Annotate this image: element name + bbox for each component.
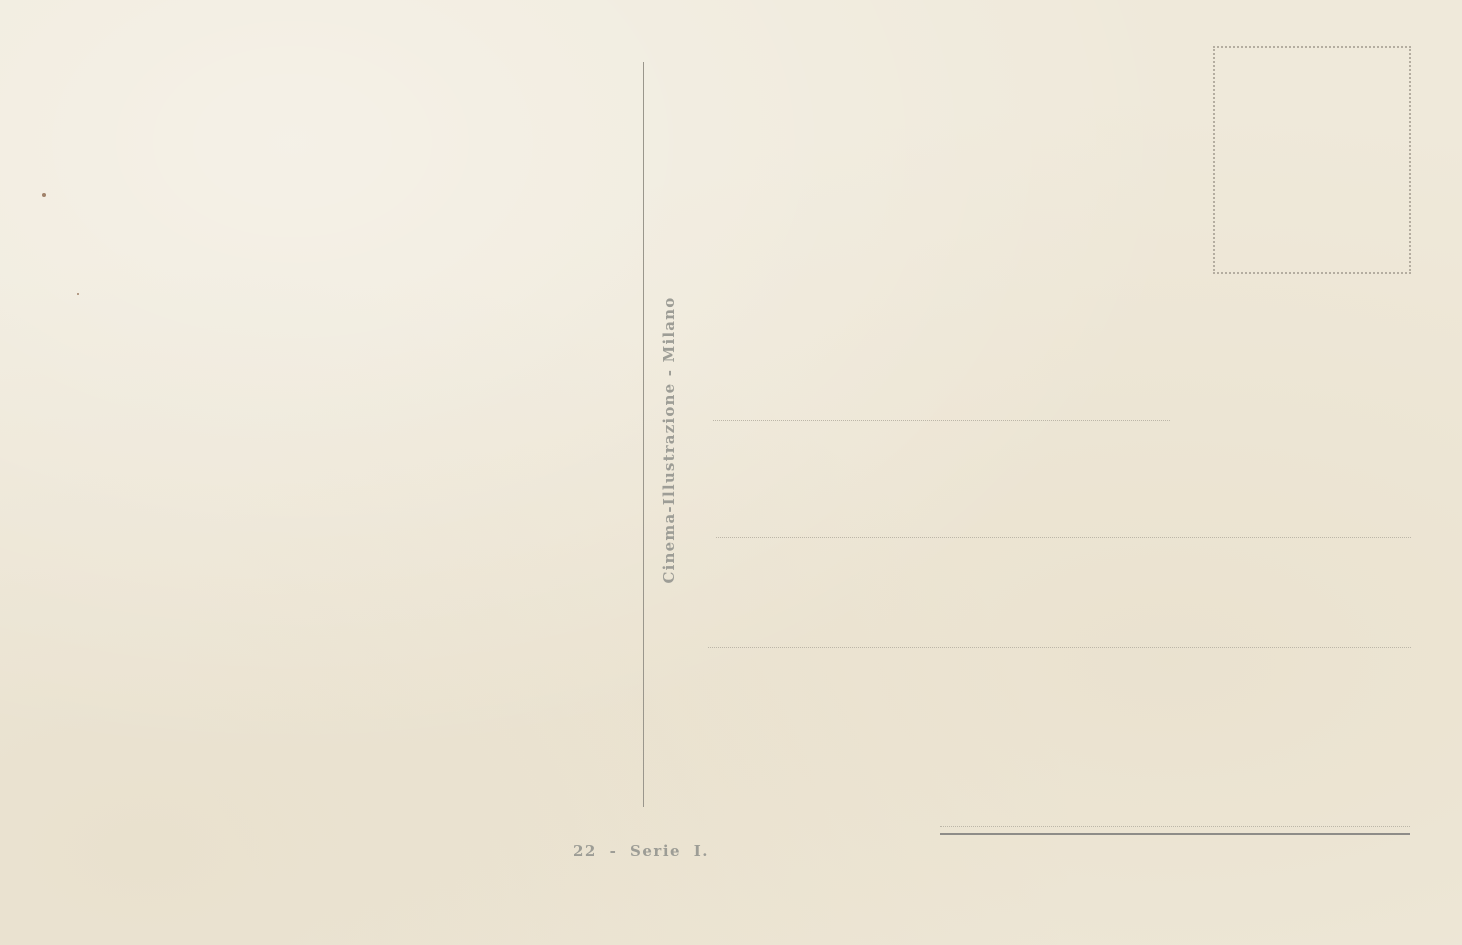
address-line-2 [716, 537, 1411, 538]
bottom-solid-rule [940, 833, 1410, 835]
publisher-imprint: Cinema-Illustrazione - Milano [660, 297, 678, 584]
address-line-4 [940, 826, 1410, 827]
stamp-placement-box [1213, 46, 1411, 274]
center-divider-line [643, 62, 644, 807]
paper-speck [42, 193, 46, 197]
paper-speck [77, 293, 79, 295]
postcard-back: Cinema-Illustrazione - Milano 22 - Serie… [0, 0, 1462, 945]
series-number: 22 - Serie I. [573, 842, 709, 860]
address-line-3 [708, 647, 1411, 648]
address-line-1 [713, 420, 1170, 421]
